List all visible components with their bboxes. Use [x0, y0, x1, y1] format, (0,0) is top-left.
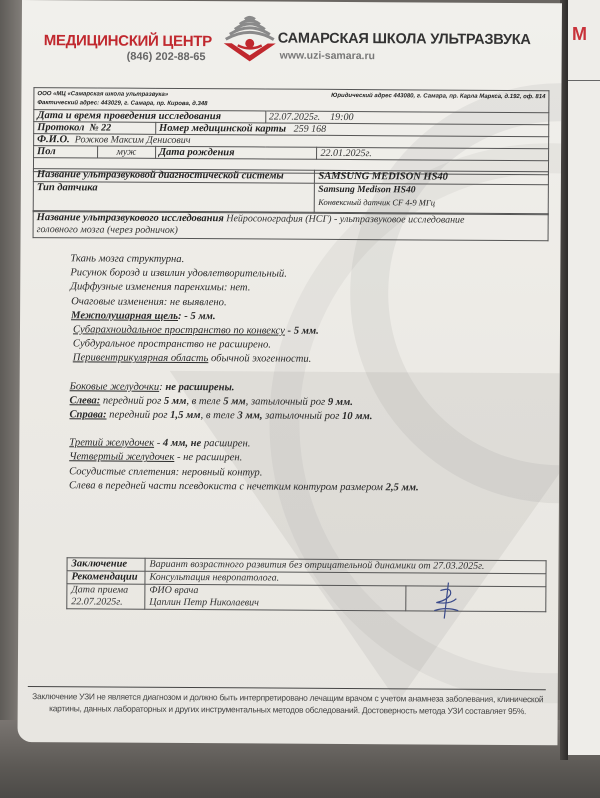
exam-name-value: Нейросонография (НСГ) - ультразвуковое и… — [226, 213, 464, 225]
second-sheet-header-fragment: М — [572, 24, 587, 45]
recommendations-label: Рекомендации — [67, 571, 145, 584]
website-url: www.uzi-samara.ru — [280, 50, 375, 63]
visit-date-cell: Дата приема 22.07.2025г. — [67, 584, 145, 609]
ultrasound-waves-logo-icon — [218, 13, 282, 63]
card-number-label: Номер медицинской карты — [159, 123, 286, 135]
interhemispheric-fissure-label: Межполушарная щель — [71, 310, 178, 322]
phone-number: (846) 202-88-65 — [127, 51, 206, 63]
third-ventricle-label: Третий желудочек — [69, 438, 154, 450]
protocol-cell: Протокол № 22 — [34, 122, 156, 135]
lateral-ventricles-label: Боковые желудочки — [70, 381, 160, 393]
lateral-ventricles-value: не расширены. — [165, 382, 234, 393]
conclusion-table: Заключение Вариант возрастного развития … — [66, 557, 546, 612]
org-legal-address: Юридический адрес 443080, г. Самара, пр.… — [265, 89, 549, 113]
org-actual-address: Фактический адрес: 443029, г. Самара, пр… — [37, 99, 262, 109]
interhemispheric-fissure-value: : - 5 мм. — [178, 311, 216, 322]
exam-datetime-value: 22.07.2025г. 19:00 — [265, 111, 548, 125]
text: , затылочный рог — [246, 396, 328, 408]
pseudocyst-text: Слева в передней части псевдокиста с неч… — [69, 480, 386, 493]
exam-name-label: Название ультразвукового исследования — [37, 212, 224, 224]
handwritten-signature-icon — [426, 580, 466, 620]
pseudocyst-size: 2,5 мм. — [386, 482, 419, 493]
periventricular-value: обычной эхогенности. — [208, 354, 311, 366]
protocol-label: Протокол — [37, 122, 84, 133]
exam-name-value-cont: головного мозга (через родничок) — [37, 224, 545, 239]
card-number: 259 168 — [294, 124, 327, 135]
disclaimer-line: картины, данных лабораторных и других ин… — [28, 702, 548, 717]
doctor-name: Цаплин Петр Николаевич — [149, 597, 401, 611]
value: 5 мм — [223, 396, 246, 407]
probe-label: Тип датчика — [33, 182, 315, 214]
right-label: Справа: — [69, 409, 106, 420]
text: передний рог — [100, 395, 164, 406]
value: 9 мм. — [328, 397, 353, 408]
system-label: Название ультразвуковой диагностической … — [33, 169, 315, 184]
exam-datetime-label: Дата и время проведения исследования — [34, 110, 266, 123]
text: , в теле — [201, 410, 238, 421]
letterhead: МЕДИЦИНСКИЙ ЦЕНТР (846) 202-88-65 САМАРС… — [22, 8, 562, 71]
text: , в теле — [186, 396, 223, 407]
text: передний рог — [106, 410, 170, 421]
text: затылочный рог — [262, 411, 342, 422]
medical-center-name: МЕДИЦИНСКИЙ ЦЕНТР — [44, 32, 212, 50]
sex-label: Пол — [34, 146, 98, 158]
exam-name-table: Название ультразвукового исследования Не… — [33, 210, 549, 241]
dob-label: Дата рождения — [155, 146, 317, 159]
visit-date-label: Дата приема — [71, 584, 140, 596]
exam-time: 19:00 — [330, 112, 353, 123]
dob-value: 22.01.2025г. — [317, 147, 549, 160]
separator: - — [154, 438, 163, 449]
disclaimer: Заключение УЗИ не является диагнозом и д… — [28, 690, 548, 717]
exam-date: 22.07.2025г. — [269, 112, 320, 123]
second-sheet-rule — [568, 80, 600, 81]
periventricular-label: Перивентрикулярная область — [73, 353, 209, 365]
text: расширен. — [201, 438, 250, 449]
system-info-table: Название ультразвуковой диагностической … — [33, 168, 549, 215]
patient-name: Рожков Максим Денисович — [75, 134, 191, 146]
value: 1,5 мм — [170, 410, 200, 421]
fourth-ventricle-value: - не расширен. — [174, 452, 242, 463]
protocol-number: № 22 — [89, 122, 111, 133]
sex-value: муж — [97, 146, 155, 158]
value: 5 мм — [164, 396, 187, 407]
third-ventricle-value: 4 мм, не — [163, 438, 201, 449]
value: 3 мм, — [237, 410, 262, 421]
second-document-sheet: М — [568, 0, 600, 755]
system-value: SAMSUNG MEDISON HS40 — [315, 170, 549, 184]
finding-line: Слева в передней части псевдокиста с неч… — [69, 479, 539, 496]
exam-name-cell: Название ультразвукового исследования Не… — [33, 211, 548, 241]
findings-section: Ткань мозга структурна. Рисунок борозд и… — [69, 252, 540, 496]
fourth-ventricle-label: Четвертый желудочек — [69, 452, 174, 464]
doctor-cell: ФИО врача Цаплин Петр Николаевич — [145, 584, 407, 611]
patient-info-table: ООО «МЦ «Самарская школа ультразвука» Фа… — [33, 87, 550, 175]
probe-description: Конвексный датчик CF 4-9 МГц — [318, 196, 545, 209]
left-label: Слева: — [70, 395, 101, 406]
org-info-cell: ООО «МЦ «Самарская школа ультразвука» Фа… — [34, 88, 266, 111]
subarachnoid-space-value: - 5 мм. — [285, 326, 319, 337]
conclusion-label: Заключение — [67, 558, 145, 571]
value: 10 мм. — [342, 411, 372, 422]
visit-date: 22.07.2025г. — [71, 596, 140, 608]
fio-label: Ф.И.О. — [37, 134, 70, 145]
subarachnoid-space-label: Субарахноидальное пространство по конвек… — [73, 324, 285, 336]
finding-line: Перивентрикулярная область обычной эхоге… — [70, 352, 540, 369]
probe-cell: Samsung Medison HS40 Конвексный датчик C… — [315, 183, 549, 214]
school-name: САМАРСКАЯ ШКОЛА УЛЬТРАЗВУКА — [278, 31, 531, 49]
ultrasound-report-sheet: МЕДИЦИНСКИЙ ЦЕНТР (846) 202-88-65 САМАРС… — [17, 0, 562, 745]
